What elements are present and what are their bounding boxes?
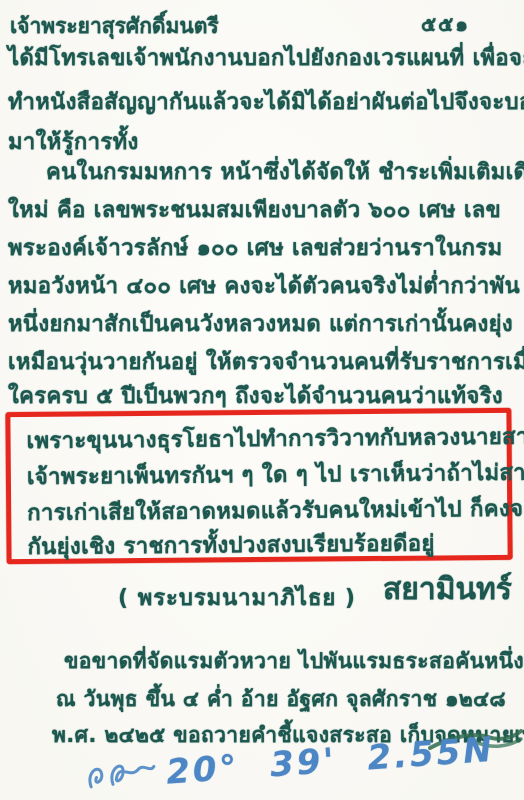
paragraph1-line-2: ทำหนังสือสัญญากันแล้วจะได้มิได้อย่าผันต่… [8,88,516,118]
royal-signature: สยามินทร์ [383,566,512,613]
redbox-line-1: เพราะขุนนางธุรโยธาไปทำการวิวาทกับหลวงนาย… [26,423,496,457]
redbox-line-3: การเก่าเสียให้สอาดหมดแล้วรับคนใหม่เข้าไป… [27,495,497,529]
redbox-line-2: เจ้าพระยาเพ็นทรกันฯ ๆ ใด ๆ ไป เราเห็นว่า… [27,459,497,493]
scanned-document-page: เจ้าพระยาสุรศักดิ์มนตรี ๕๕๑ ได้มีโทรเลขเ… [0,0,524,800]
paragraph2-line-1: คนในกรมมหการ หน้าซึ่งได้จัดให้ ชำระเพิ่ม… [8,158,516,188]
paragraph2-line-4: หมอวังหน้า ๔๐๐ เศษ คงจะได้ตัวคนจริงไม่ต่… [8,272,516,302]
attribution-label: ( พระบรมนามาภิไธย ) [118,580,356,615]
paragraph1-line-1: ได้มีโทรเลขเจ้าพนักงานบอกไปยังกองเวรแผนท… [8,44,516,74]
running-title: เจ้าพระยาสุรศักดิ์มนตรี [10,10,219,43]
paragraph2-line-2: ใหม่ คือ เลขพระชนมสมเพียงบาลตัว ๖๐๐ เศษ … [8,196,516,226]
paragraph3-line-1: ขอขาดที่จัดแรมตัวหวาย ไปพันแรมธระสอคันหน… [64,646,516,676]
page-number: ๕๕๑ [421,8,470,40]
paragraph2-line-3: พระองค์เจ้าวรลักษ์ ๑๐๐ เศษ เลขส่วยว่านรา… [8,234,516,264]
paragraph2-line-5: หนึ่งยกมาสักเป็นคนวังหลวงหมด แต่การเก่าน… [8,310,516,340]
paragraph3-line-2: ณ วันพุธ ขึ้น ๔ ค่ำ อ้าย อัฐศก จุลศักราช… [56,684,516,714]
paragraph2-line-6: เหมือนวุ่นวายกันอยู่ ให้ตรวจจำนวนคนที่รั… [8,348,516,378]
paragraph1-line-3: มาให้รู้การทั้ง [8,128,516,158]
handwritten-word-scribble [83,754,157,795]
redbox-line-4: กันยุ่งเชิง ราชการทั้งปวงสงบเรียบร้อยดีอ… [27,529,497,563]
red-annotation-box: เพราะขุนนางธุรโยธาไปทำการวิวาทกับหลวงนาย… [5,408,512,564]
